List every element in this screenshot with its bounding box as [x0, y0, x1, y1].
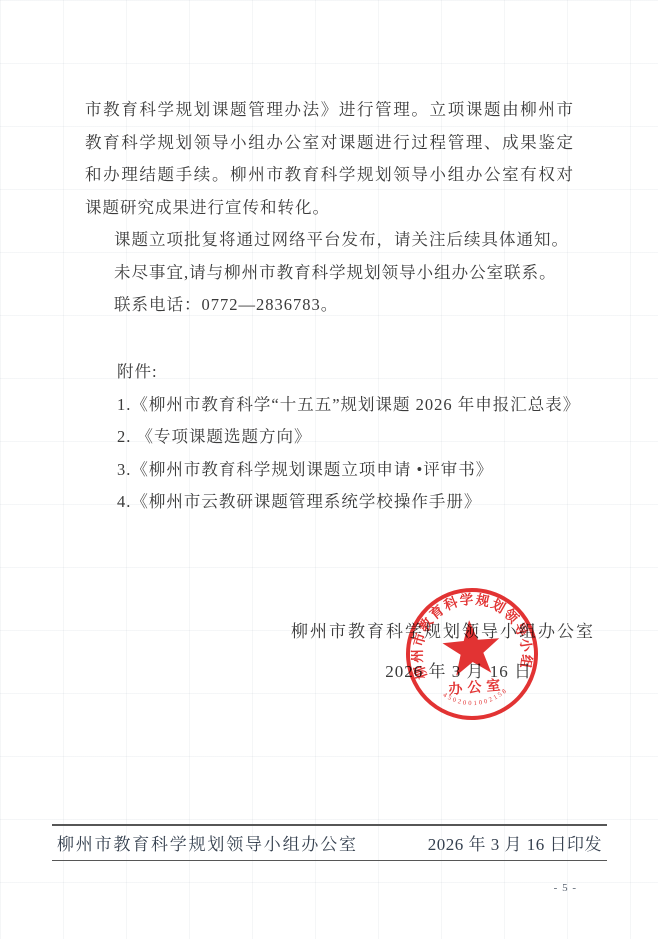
- paragraph-management: 市教育科学规划课题管理办法》进行管理。立项课题由柳州市教育科学规划领导小组办公室…: [85, 94, 574, 224]
- attachments-label: 附件:: [117, 356, 577, 389]
- attachment-item-4: 4.《柳州市云教研课题管理系统学校操作手册》: [117, 486, 577, 519]
- footer-rule-bottom: [52, 860, 607, 861]
- footer-issuer: 柳州市教育科学规划领导小组办公室: [57, 830, 358, 855]
- seal-star-icon: [441, 618, 503, 677]
- footer-colophon: 柳州市教育科学规划领导小组办公室 2026 年 3 月 16 日印发: [52, 830, 607, 855]
- document-page: 市教育科学规划课题管理办法》进行管理。立项课题由柳州市教育科学规划领导小组办公室…: [0, 0, 658, 939]
- signature-organization: 柳州市教育科学规划领导小组办公室: [0, 612, 658, 652]
- body-text: 市教育科学规划课题管理办法》进行管理。立项课题由柳州市教育科学规划领导小组办公室…: [85, 94, 574, 322]
- attachment-item-3: 3.《柳州市教育科学规划课题立项申请 •评审书》: [117, 454, 577, 487]
- attachment-item-1: 1.《柳州市教育科学“十五五”规划课题 2026 年申报汇总表》: [117, 389, 577, 422]
- line-phone-number: 联系电话：0772—2836783。: [114, 289, 574, 322]
- attachments-section: 附件: 1.《柳州市教育科学“十五五”规划课题 2026 年申报汇总表》 2. …: [85, 356, 577, 519]
- signature-block: 柳州市教育科学规划领导小组办公室 2026 年 3 月 16 日: [0, 612, 658, 692]
- footer-rule-top: [52, 824, 607, 826]
- official-seal: 柳州市教育科学规划领导小组 办公室 4502001002158: [396, 578, 548, 730]
- line-approval-notice: 课题立项批复将通过网络平台发布，请关注后续具体通知。: [114, 224, 574, 257]
- signature-date: 2026 年 3 月 16 日: [0, 652, 658, 692]
- line-contact-office: 未尽事宜,请与柳州市教育科学规划领导小组办公室联系。: [114, 257, 574, 290]
- page-number: - 5 -: [554, 882, 577, 894]
- footer-print-date: 2026 年 3 月 16 日印发: [428, 830, 602, 855]
- attachment-item-2: 2. 《专项课题选题方向》: [117, 421, 577, 454]
